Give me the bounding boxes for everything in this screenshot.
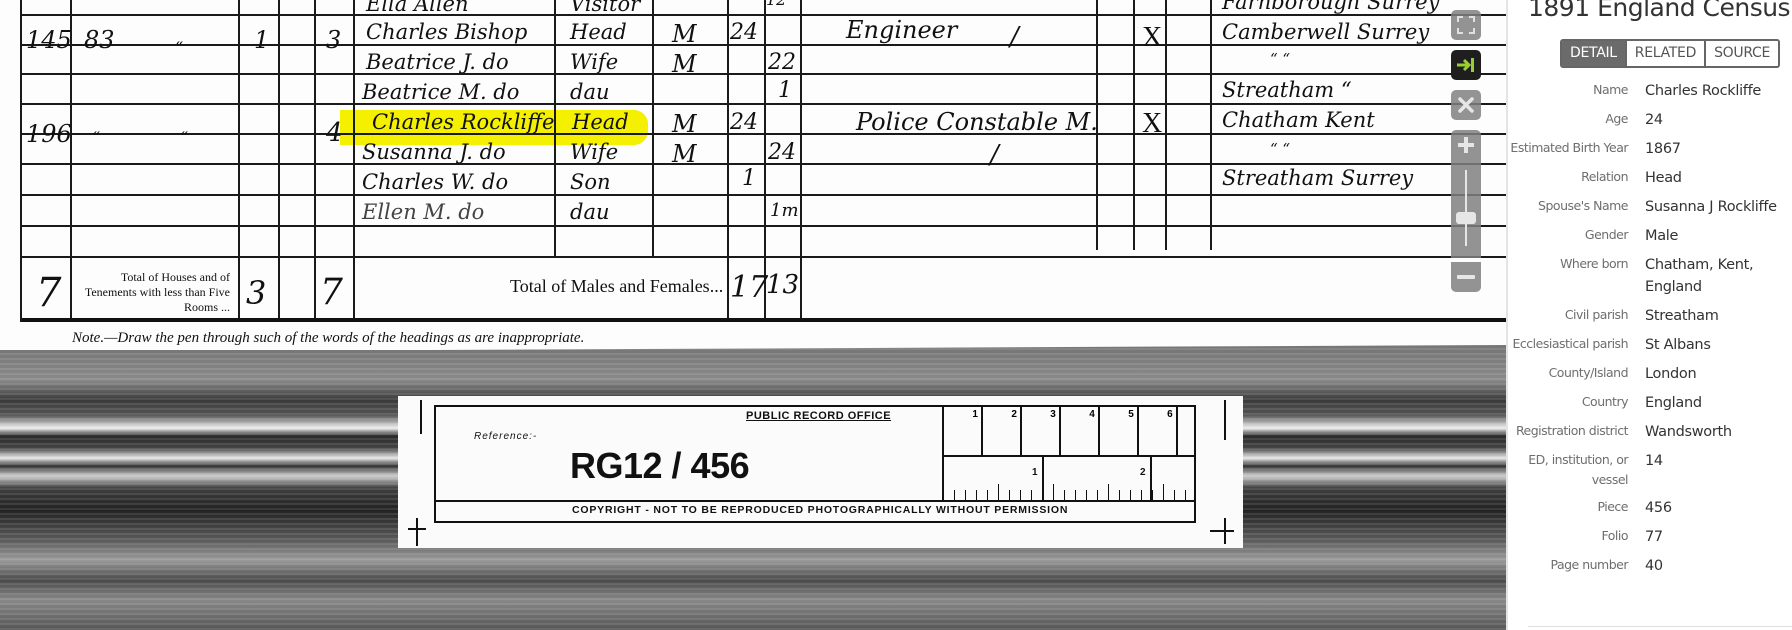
record-title: 1891 England Census	[1528, 0, 1790, 22]
field-value: Head	[1645, 167, 1785, 189]
scale-ruler: 1 2 3 4 5 6 1 2	[942, 407, 1196, 500]
office-label: PUBLIC RECORD OFFICE	[746, 410, 891, 422]
field-value: London	[1645, 363, 1785, 385]
zoom-slider[interactable]	[1465, 170, 1467, 246]
field-value: Streatham	[1645, 305, 1785, 327]
field-row: County/IslandLondon	[1508, 363, 1792, 385]
field-value: 1867	[1645, 138, 1785, 160]
zoom-slider-handle[interactable]	[1456, 212, 1476, 224]
field-row: NameCharles Rockliffe	[1508, 80, 1792, 102]
person-relation: Wife	[570, 50, 618, 74]
employed-mark: X	[1142, 108, 1162, 140]
field-label: Ecclesiastical parish	[1508, 334, 1628, 354]
person-name: Ellen M. do	[362, 200, 484, 224]
tab-related[interactable]: RELATED	[1625, 41, 1704, 66]
birthplace: Chatham Kent	[1222, 108, 1375, 132]
field-value: St Albans	[1645, 334, 1785, 356]
col-line	[652, 0, 654, 256]
reference-card: PUBLIC RECORD OFFICE Reference:- RG12 / …	[398, 396, 1243, 548]
col-line	[1165, 0, 1167, 250]
birthplace: “ “	[1270, 50, 1290, 68]
field-label: County/Island	[1508, 363, 1628, 383]
col-line	[1133, 0, 1135, 250]
field-label: Name	[1508, 80, 1628, 100]
tools-button[interactable]	[1451, 90, 1481, 120]
field-row: RelationHead	[1508, 167, 1792, 189]
ruler-mark: 2	[983, 407, 1022, 455]
field-value: 77	[1645, 526, 1785, 548]
ruler-mark: 1	[1032, 467, 1038, 478]
field-value: Charles Rockliffe	[1645, 80, 1785, 102]
field-label: Where born	[1508, 254, 1628, 274]
age-male: 24	[730, 110, 758, 135]
person-relation: Head	[570, 20, 627, 44]
birthplace: Streatham “	[1222, 78, 1352, 102]
zoom-out-button[interactable]	[1451, 262, 1481, 292]
footnote: Note.—Draw the pen through such of the w…	[72, 330, 584, 347]
fullscreen-button[interactable]	[1451, 10, 1481, 40]
detail-tabs: DETAIL RELATED SOURCE	[1560, 39, 1780, 68]
table-bottom-border	[20, 318, 1506, 322]
birthplace: Camberwell Surrey	[1222, 20, 1429, 44]
condition: M	[672, 20, 697, 48]
census-page: 145 196 83 “ “ “ 1 3 4 Ella Allen Visito…	[0, 0, 1506, 350]
rooms-count: 3	[326, 26, 341, 54]
field-row: Spouse's NameSusanna J Rockliffe	[1508, 196, 1792, 218]
field-value: 456	[1645, 497, 1785, 519]
occupation-mark: /	[990, 140, 999, 170]
person-relation: Visitor	[570, 0, 640, 16]
age-female: 1	[778, 78, 792, 103]
copyright-notice: COPYRIGHT - NOT TO BE REPRODUCED PHOTOGR…	[572, 504, 1068, 516]
person-name: Beatrice J. do	[366, 50, 509, 74]
employed-mark: X	[1142, 22, 1162, 54]
field-row: GenderMale	[1508, 225, 1792, 247]
field-row: Piece456	[1508, 497, 1792, 519]
ruler-mark: 1	[944, 407, 983, 455]
person-name: Charles W. do	[362, 170, 508, 194]
person-name: Beatrice M. do	[362, 80, 519, 104]
females-total: 13	[766, 270, 799, 300]
field-label: Piece	[1508, 497, 1628, 517]
houses-total: 7	[36, 270, 61, 316]
ruler-mark: 4	[1061, 407, 1100, 455]
ditto-mark: “	[92, 128, 100, 147]
minus-icon	[1456, 274, 1476, 280]
col-line	[20, 0, 22, 322]
tab-detail[interactable]: DETAIL	[1562, 41, 1625, 66]
field-label: Relation	[1508, 167, 1628, 187]
ruler-mark: 5	[1100, 407, 1139, 455]
houses-total-label: Total of Houses and of Tenements with le…	[80, 270, 230, 315]
field-value: Susanna J Rockliffe	[1645, 196, 1785, 218]
birthplace: “ “	[1270, 140, 1290, 158]
collapse-panel-button[interactable]	[1451, 50, 1481, 80]
tab-source[interactable]: SOURCE	[1704, 41, 1778, 66]
plus-icon	[1451, 130, 1481, 160]
house-number: 83	[84, 26, 115, 54]
field-label: Registration district	[1508, 421, 1628, 441]
rooms-count: 4	[326, 118, 343, 148]
field-value: England	[1645, 392, 1785, 414]
field-row: Registration districtWandsworth	[1508, 421, 1792, 443]
field-label: Spouse's Name	[1508, 196, 1628, 216]
ditto-mark: “	[175, 38, 183, 57]
rooms-total: 7	[320, 272, 343, 313]
person-name: Susanna J. do	[362, 140, 506, 164]
field-label: Age	[1508, 109, 1628, 129]
field-row: ED, institution, or vessel14	[1508, 450, 1792, 490]
field-row: Folio77	[1508, 526, 1792, 548]
age-female: 1m	[770, 200, 799, 221]
field-row: Where bornChatham, Kent, England	[1508, 254, 1792, 298]
field-label: Civil parish	[1508, 305, 1628, 325]
col-line	[727, 0, 729, 318]
field-label: Gender	[1508, 225, 1628, 245]
field-value: 40	[1645, 555, 1785, 577]
expand-icon	[1457, 16, 1475, 34]
occupation: Engineer	[846, 16, 957, 44]
person-name: Charles Bishop	[366, 20, 527, 44]
condition: M	[672, 140, 697, 168]
condition: M	[672, 50, 697, 78]
person-relation: Son	[570, 170, 611, 194]
uninhabited-total: 3	[246, 274, 266, 312]
field-value: 24	[1645, 109, 1785, 131]
collapse-panel-icon	[1456, 57, 1476, 73]
ruler-mark: 3	[1022, 407, 1061, 455]
zoom-in-button[interactable]	[1451, 130, 1481, 258]
census-image-viewer[interactable]: 145 196 83 “ “ “ 1 3 4 Ella Allen Visito…	[0, 0, 1506, 630]
person-name-highlighted: Charles Rockliffe	[372, 110, 554, 134]
person-relation: dau	[570, 200, 610, 224]
field-row: Estimated Birth Year1867	[1508, 138, 1792, 160]
person-relation: Wife	[570, 140, 618, 164]
divider	[1528, 626, 1792, 627]
record-detail-panel: 1891 England Census DETAIL RELATED SOURC…	[1506, 0, 1792, 630]
age-male: 24	[730, 20, 758, 45]
record-fields: NameCharles RockliffeAge24Estimated Birt…	[1508, 80, 1792, 584]
reference-label-box: PUBLIC RECORD OFFICE Reference:- RG12 / …	[434, 405, 1196, 523]
col-line	[278, 0, 280, 318]
age-female: 24	[768, 140, 796, 165]
occupation-mark: /	[1010, 22, 1019, 52]
field-label: Estimated Birth Year	[1508, 138, 1628, 158]
birthplace: Farnborough Surrey	[1222, 0, 1439, 14]
field-row: Civil parishStreatham	[1508, 305, 1792, 327]
reference-label: Reference:-	[474, 431, 537, 442]
reference-number: RG12 / 456	[570, 445, 749, 487]
inhabited-count: 1	[254, 26, 269, 54]
ruler-mark: 2	[1140, 467, 1146, 478]
field-label: Folio	[1508, 526, 1628, 546]
tools-icon	[1457, 96, 1475, 114]
schedule-number: 196	[26, 120, 72, 148]
field-row: Page number40	[1508, 555, 1792, 577]
ruler-mark: 6	[1139, 407, 1178, 455]
col-line	[1210, 0, 1212, 250]
col-line	[353, 0, 355, 318]
person-relation: dau	[570, 80, 610, 104]
field-row: Ecclesiastical parishSt Albans	[1508, 334, 1792, 356]
field-value: 14	[1645, 450, 1785, 472]
zoom-control	[1451, 130, 1481, 293]
field-label: Country	[1508, 392, 1628, 412]
males-total: 17	[730, 270, 768, 305]
field-row: CountryEngland	[1508, 392, 1792, 414]
col-line	[314, 0, 316, 318]
field-label: ED, institution, or vessel	[1508, 450, 1628, 490]
occupation: Police Constable M.	[856, 108, 1098, 136]
condition: M	[672, 110, 697, 138]
birthplace: Streatham Surrey	[1222, 166, 1413, 190]
field-value: Chatham, Kent, England	[1645, 254, 1785, 298]
field-label: Page number	[1508, 555, 1628, 575]
males-females-label: Total of Males and Females...	[510, 276, 723, 297]
ditto-mark: “	[180, 128, 188, 147]
person-name: Ella Allen	[366, 0, 469, 16]
col-line	[238, 0, 240, 318]
person-relation: Head	[572, 110, 629, 134]
age-male: 1	[742, 166, 756, 191]
schedule-number: 145	[26, 26, 72, 54]
field-value: Male	[1645, 225, 1785, 247]
age-female: 12	[766, 0, 786, 9]
field-value: Wandsworth	[1645, 421, 1785, 443]
col-line	[800, 0, 802, 318]
age-female: 22	[768, 50, 796, 75]
field-row: Age24	[1508, 109, 1792, 131]
